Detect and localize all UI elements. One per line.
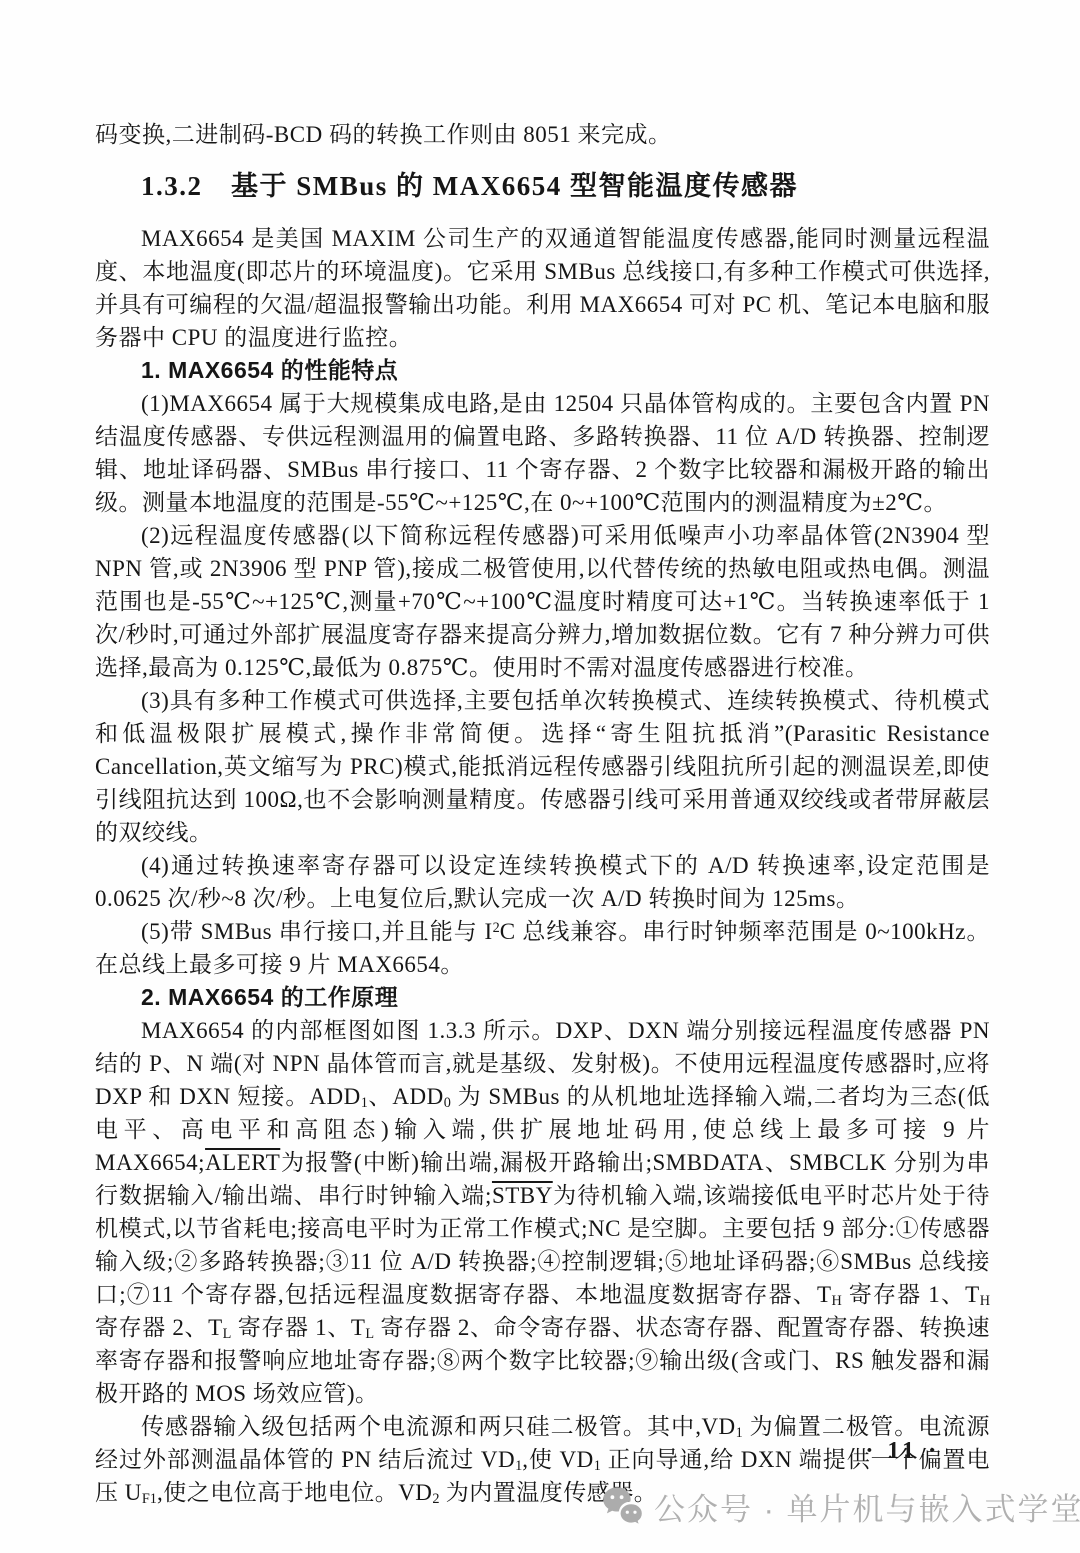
wechat-icon	[602, 1485, 644, 1529]
section-heading: 1.3.2 基于 SMBus 的 MAX6654 型智能温度传感器	[95, 167, 990, 205]
feature-item-4: (4)通过转换速率寄存器可以设定连续转换模式下的 A/D 转换速率,设定范围是 …	[95, 849, 990, 915]
watermark-text: 公众号 · 单片机与嵌入式学堂	[654, 1484, 1080, 1529]
watermark: 公众号 · 单片机与嵌入式学堂	[602, 1484, 1080, 1529]
principle-paragraph: MAX6654 的内部框图如图 1.3.3 所示。DXP、DXN 端分别接远程温…	[95, 1014, 990, 1410]
feature-item-1: (1)MAX6654 属于大规模集成电路,是由 12504 只晶体管构成的。主要…	[95, 387, 990, 519]
feature-item-3: (3)具有多种工作模式可供选择,主要包括单次转换模式、连续转换模式、待机模式和低…	[95, 684, 990, 849]
feature-item-2: (2)远程温度传感器(以下简称远程传感器)可采用低噪声小功率晶体管(2N3904…	[95, 519, 990, 684]
page-number: · 11 ·	[0, 1438, 1080, 1465]
features-subheading: 1. MAX6654 的性能特点	[95, 354, 990, 387]
scanned-book-page: 码变换,二进制码-BCD 码的转换工作则由 8051 来完成。 1.3.2 基于…	[0, 0, 1080, 1553]
principle-subheading: 2. MAX6654 的工作原理	[95, 981, 990, 1014]
feature-item-5: (5)带 SMBus 串行接口,并且能与 I2C 总线兼容。串行时钟频率范围是 …	[95, 915, 990, 981]
intro-paragraph: MAX6654 是美国 MAXIM 公司生产的双通道智能温度传感器,能同时测量远…	[95, 222, 990, 354]
continuation-text: 码变换,二进制码-BCD 码的转换工作则由 8051 来完成。	[95, 118, 990, 151]
